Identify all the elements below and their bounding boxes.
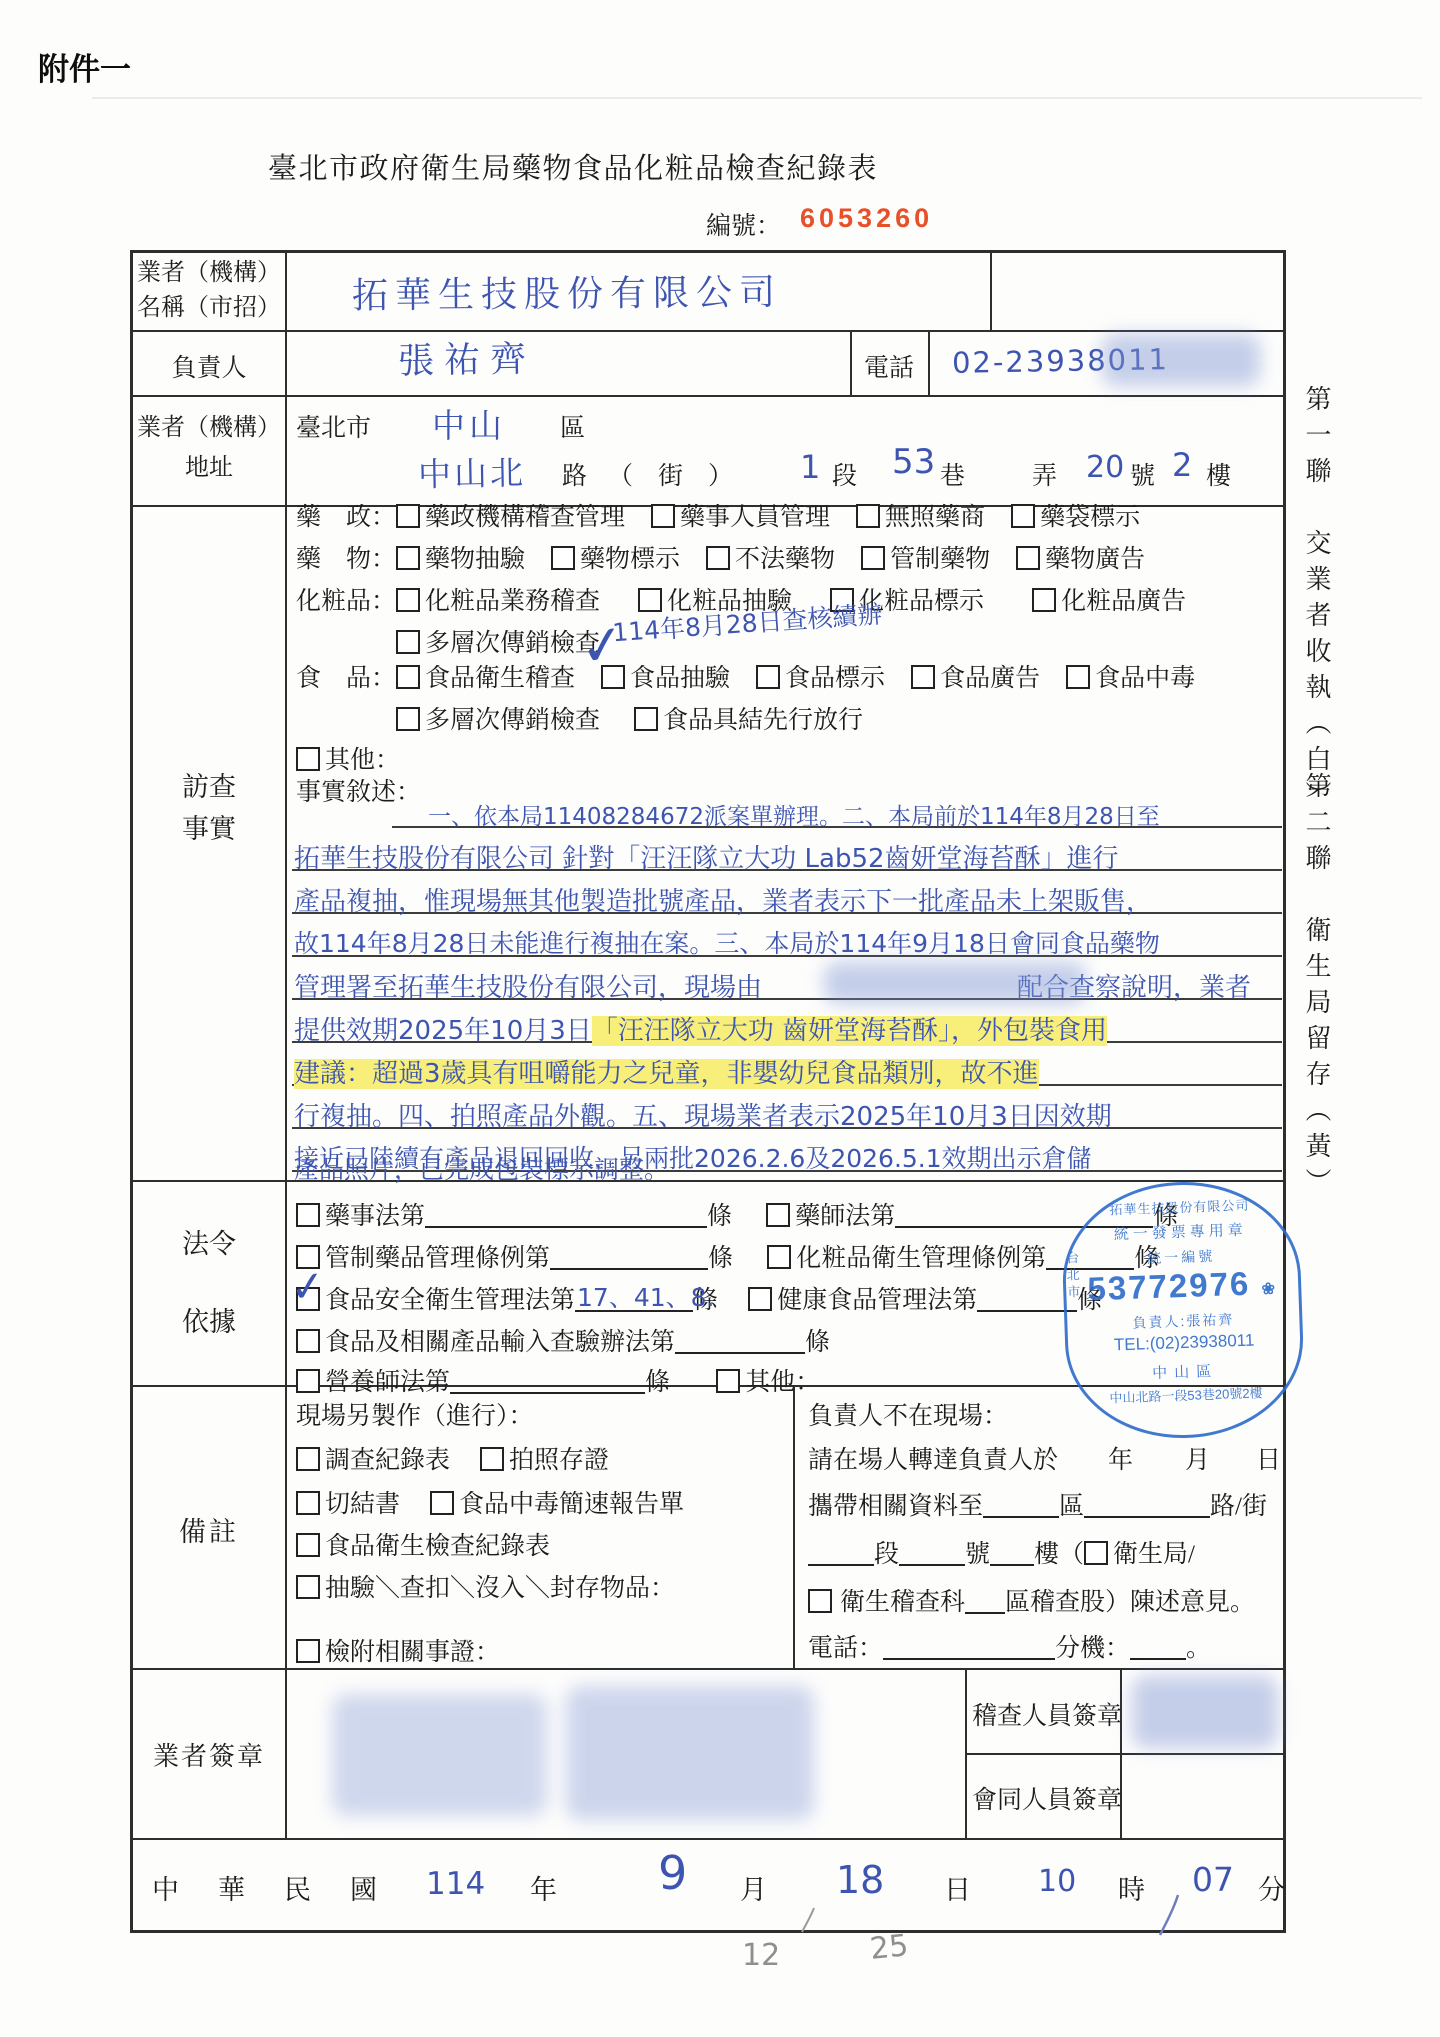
checkbox-label: 食品抽驗 [630,665,730,692]
law-row-3: 食品安全衛生管理法第17、41、8.條 健康食品管理法第條 [296,1280,1102,1316]
table-border [1283,250,1286,1933]
stamp-number: 53772976 [1087,1265,1251,1308]
static-text: 電話： [808,1635,883,1662]
checkbox [480,1447,504,1471]
remark-right-row4: 衛生稽查科區稽查股）陳述意見。 [808,1582,1255,1618]
flower-icon: ❀ [1261,1281,1277,1299]
blank-line [883,1632,1055,1660]
checkbox [296,1533,320,1557]
checkbox [1016,546,1040,570]
vendor-name-label: 業者（機構） 名稱（市招） [133,256,285,326]
stamp-uid-number: 53772976 ❀ [1066,1263,1299,1309]
law-label: 食品安全衛生管理法第 [325,1287,575,1314]
static-text: 衛生局/ [1113,1541,1195,1568]
address-floor-hw: 2 [1172,446,1192,484]
checkbox-item: 食品中毒 [1066,658,1195,694]
checkbox [430,1491,454,1515]
inspector-signature-label: 稽查人員簽章 [972,1696,1122,1732]
checkbox [1032,588,1056,612]
checkbox-label: 抽驗＼查扣＼沒入＼封存物品： [325,1575,675,1602]
category-label: 食 品： [296,665,396,692]
static-text: 分機： [1055,1635,1130,1662]
fact-line-2: 拓華生技股份有限公司 針對「汪汪隊立大功 Lab52齒妍堂海苔酥」進行 [294,838,1119,875]
table-border [285,250,287,1838]
stamp-city-vertical: 台北市 [1065,1251,1083,1303]
law-row-2: 管制藥品管理條例第條 化粧品衛生管理條例第條 [296,1238,1159,1274]
category-label: 藥 物： [296,546,396,573]
date-hour-hw: 10 [1038,1864,1076,1899]
checkbox-item: 食品衛生檢查紀錄表 [296,1526,550,1562]
checkbox [1066,665,1090,689]
checkbox-item: 調查紀錄表 [296,1440,450,1476]
checkbox [638,588,662,612]
address-number-unit: 號 [1130,456,1155,492]
law-label: 藥師法第 [795,1203,895,1230]
blank-line [550,1242,708,1270]
checkbox-item: 其他： [716,1362,820,1398]
checkbox-label: 多層次傳銷檢查 [425,630,600,657]
fact-line-6a: 提供效期2025年10月3日 [294,1016,592,1046]
checkbox [551,546,575,570]
phone-redaction [1102,334,1260,386]
address-lane-unit: 巷 [940,456,965,492]
date-year-hw: 114 [426,1866,485,1902]
checkbox [634,707,658,731]
fact-line-7-highlighted: 建議：超過3歲具有咀嚼能力之兒童，非嬰幼兒食品類別，故不進 [294,1059,1039,1089]
checkbox [706,546,730,570]
checkbox [396,665,420,689]
law-unit: 條 [707,1203,732,1230]
checkbox-label: 藥物標示 [580,546,680,573]
facts-label: 事實敘述： [296,772,421,808]
fact-line-8: 行複抽。四、拍照產品外觀。五、現場業者表示2025年10月3日因效期 [294,1096,1112,1133]
checkbox-item: 多層次傳銷檢查 [396,700,600,736]
checkbox-item: 化粧品廣告 [1032,581,1186,617]
remark-right-row3: 段號樓（衛生局/ [808,1534,1195,1570]
law-label: 食品及相關產品輸入查驗辦法第 [325,1329,675,1356]
phone-label: 電話 [850,348,928,384]
address-city: 臺北市 [296,408,371,444]
checkbox [1084,1541,1108,1565]
law-label: 管制藥品管理條例第 [325,1245,550,1272]
era-char: 民 [284,1868,311,1907]
checkbox-item: 拍照存證 [480,1440,609,1476]
vendor-name-value: 拓華生技股份有限公司 [352,264,782,319]
law-row-4: 食品及相關產品輸入查驗辦法第條 [296,1322,830,1358]
checkbox-item: 無照藥商 [856,497,985,533]
checkbox-label: 食品具結先行放行 [663,707,863,734]
remark-left-title: 現場另製作（進行）： [296,1396,534,1432]
fact-line-3: 產品複抽，惟現場無其他製造批號產品，業者表示下一批產品未上架販售， [294,881,1152,918]
laws-label-line2: 依據 [133,1300,285,1339]
checkbox [396,546,420,570]
blank-line [965,1586,1005,1614]
blank-line [1084,1490,1210,1518]
remark-right-row1: 請在場人轉達負責人於年月日 [808,1440,1281,1476]
checkbox-label: 化粧品業務稽查 [425,588,600,615]
visit-label-line1: 訪查 [133,766,285,808]
address-lane-hw: 53 [892,442,935,482]
stamp-street: 中山北路一段53巷20號2樓 [1070,1381,1303,1408]
checkbox [808,1589,832,1613]
address-road-hw: 中山北 [418,447,527,496]
checkbox-item: 藥政機構稽查管理 [396,497,625,533]
checkbox-item: 食品中毒簡速報告單 [430,1484,684,1520]
checkbox-item: 藥物抽驗 [396,539,525,575]
static-text: 號 [965,1541,990,1568]
checkbox [296,747,320,771]
vendor-signature-redaction [566,1686,814,1820]
checkbox-label: 藥事人員管理 [680,504,830,531]
law-label: 健康食品管理法第 [777,1287,977,1314]
scan-artifact-line [92,97,1422,99]
checkbox-item: 藥袋標示 [1011,497,1140,533]
checkbox [748,1287,772,1311]
static-text: 請在場人轉達負責人於 [808,1447,1058,1474]
static-text: 區稽查股）陳述意見。 [1005,1589,1255,1616]
blank-line [450,1366,645,1394]
fact-line-5: 管理署至拓華生技股份有限公司，現場由配合查察說明，業者 [294,967,1251,1004]
static-text: 年 [1108,1447,1133,1474]
address-label: 業者（機構） 地址 [133,408,285,488]
category-label: 化粧品： [296,588,396,615]
checkbox-item: 抽驗＼查扣＼沒入＼封存物品： [296,1568,675,1604]
stamp-invoice-line: 統一發票專用章 [1064,1217,1297,1246]
checkbox [856,504,880,528]
law-unit: 條 [805,1329,830,1356]
fact-line-1: 一、依本局11408284672派案單辦理。二、本局前於114年8月28日至 [428,798,1160,831]
vendor-signature-redaction [332,1694,547,1816]
checkbox [716,1369,740,1393]
checkbox-item: 藥物標示 [551,539,680,575]
address-district-unit: 區 [560,408,585,444]
address-label-line1: 業者（機構） [133,408,285,448]
checkbox-item: 藥物廣告 [1016,539,1145,575]
remark-left-row2: 切結書食品中毒簡速報告單 [296,1484,710,1520]
company-stamp: 拓華生技股份有限公司 統一發票專用章 統一編號 53772976 ❀ 負責人:張… [1060,1178,1307,1442]
checkbox-item: 不法藥物 [706,539,835,575]
checkbox-item: 多層次傳銷檢查 [396,623,600,659]
table-border [130,330,1285,332]
checkbox [861,546,885,570]
visit-label-line2: 事實 [133,808,285,850]
check-mark-food-sampling: ✓ [576,611,630,680]
scanned-form-page: 附件一 臺北市政府衛生局藥物食品化粧品檢查紀錄表 編號： 6053260 第一聯… [0,0,1440,2037]
inspector-signature-redaction [1132,1676,1278,1748]
checkbox-label: 食品標示 [785,665,885,692]
checkbox-item: 藥事人員管理 [651,497,830,533]
era-char: 華 [218,1868,245,1907]
law-row-1: 藥事法第條 藥師法第條 [296,1196,1178,1232]
blank-line [983,1490,1059,1518]
static-text: 路/街 [1210,1493,1267,1520]
serial-number: 6053260 [800,203,933,234]
law-unit: 條 [645,1369,670,1396]
pencil-note-a: 12 [742,1938,780,1973]
checkbox-label: 調查紀錄表 [325,1447,450,1474]
table-border [990,250,992,330]
date-day-hw: 18 [836,1858,884,1902]
address-district-hw: 中山 [432,400,506,447]
table-border [965,1668,967,1838]
blank-line [675,1326,805,1354]
static-text: 段 [874,1541,899,1568]
checkbox-item: 切結書 [296,1484,400,1520]
era-char: 中 [152,1868,179,1907]
checkbox [396,588,420,612]
checkbox-item-checked: 食品安全衛生管理法第 [296,1280,575,1316]
checkbox-label: 食品衛生檢查紀錄表 [325,1533,550,1560]
checkbox [651,504,675,528]
checkbox [396,707,420,731]
checkbox-label: 拍照存證 [509,1447,609,1474]
pen-stroke-mark [1158,1893,1184,1939]
checkbox [396,630,420,654]
date-minute-unit: 分 [1258,1868,1285,1907]
remark-right-title: 負責人不在現場： [808,1396,1008,1432]
checkbox-item: 健康食品管理法第 [748,1280,977,1316]
static-text: 衛生稽查科 [840,1589,965,1616]
remark-label: 備註 [133,1510,285,1549]
checkbox [296,1639,320,1663]
table-border [793,1385,795,1668]
fact-line-7: 建議：超過3歲具有咀嚼能力之兒童，非嬰幼兒食品類別，故不進 [294,1053,1039,1090]
attachment-label: 附件一 [38,44,131,89]
checkbox-label: 食品廣告 [940,665,1040,692]
table-border [130,1930,1285,1933]
checkbox-item: 藥事法第 [296,1196,425,1232]
checkbox-item: 管制藥物 [861,539,990,575]
checkbox [767,1245,791,1269]
checkbox [296,1491,320,1515]
checkbox-item: 化粧品業務稽查 [396,581,600,617]
remark-left-row4: 抽驗＼查扣＼沒入＼封存物品： [296,1568,701,1604]
checkbox-item: 食品衛生稽查 [396,658,575,694]
checkbox-item: 食品標示 [756,658,885,694]
checkbox-item: 食品具結先行放行 [634,700,863,736]
checkbox [296,1203,320,1227]
date-year-unit: 年 [530,1868,557,1907]
law-label: 化粧品衛生管理條例第 [796,1245,1046,1272]
checkbox [396,504,420,528]
laws-label-line1: 法令 [133,1222,285,1261]
pencil-note-b: 25 [868,1928,910,1967]
fact-line-6: 提供效期2025年10月3日「汪汪隊立大功 齒妍堂海苔酥」，外包裝食用 [294,1010,1107,1047]
checkbox-label: 化粧品廣告 [1061,588,1186,615]
checkbox [1011,504,1035,528]
category-row-pharma-admin: 藥 政：藥政機構稽查管理藥事人員管理無照藥商藥袋標示 [296,497,1166,533]
date-hour-unit: 時 [1118,1868,1145,1907]
checkbox [766,1203,790,1227]
remark-right-row2: 攜帶相關資料至區路/街 [808,1486,1267,1522]
date-minute-hw: 07 [1192,1860,1234,1899]
fact-line-4: 故114年8月28日未能進行複抽在案。三、本局於114年9月18日會同食品藥物 [294,924,1160,960]
checkbox [296,1575,320,1599]
blank-line: 17、41、8. [575,1284,693,1312]
law-row-5: 營養師法第條 其他： [296,1362,820,1398]
law-label: 其他： [745,1369,820,1396]
check-mark-food-safety-act: ✓ [288,1260,328,1312]
checkbox-label: 多層次傳銷檢查 [425,707,600,734]
address-section-unit: 段 [832,456,857,492]
table-border [130,250,133,1933]
date-month-unit: 月 [740,1868,767,1907]
checkbox-label: 檢附相關事證： [325,1639,500,1666]
checkbox [911,665,935,689]
remark-left-row1: 調查紀錄表拍照存證 [296,1440,635,1476]
pencil-tick-mark [800,1906,818,1936]
checkbox-item: 藥師法第 [766,1196,895,1232]
vendor-signature-label: 業者簽章 [133,1736,285,1773]
checkbox-label: 不法藥物 [735,546,835,573]
address-alley-unit: 弄 [1032,456,1057,492]
checkbox-label: 藥物抽驗 [425,546,525,573]
fact-line-6b-highlighted: 「汪汪隊立大功 齒妍堂海苔酥」，外包裝食用 [592,1016,1107,1046]
accompany-signature-label: 會同人員簽章 [972,1780,1122,1816]
static-text: 日 [1256,1447,1281,1474]
checkbox-label: 無照藥商 [885,504,985,531]
checkbox-item: 營養師法第 [296,1362,450,1398]
law-label: 藥事法第 [325,1203,425,1230]
checkbox-label: 藥袋標示 [1040,504,1140,531]
checkbox-label: 食品衛生稽查 [425,665,575,692]
law-articles-hw: 17、41、8. [577,1278,714,1314]
address-floor-unit: 樓 [1206,456,1231,492]
static-text: 攜帶相關資料至 [808,1493,983,1520]
category-label: 藥 政： [296,504,396,531]
table-border [130,1838,1285,1840]
static-text: 區 [1059,1493,1084,1520]
checkbox-label: 藥物廣告 [1045,546,1145,573]
principal-value: 張祐齊 [398,331,537,384]
category-row-food: 食 品：食品衛生稽查食品抽驗食品標示食品廣告食品中毒 [296,658,1221,694]
checkbox-label: 藥政機構稽查管理 [425,504,625,531]
principal-label: 負責人 [133,348,285,384]
address-section-hw: 1 [800,448,820,486]
law-label: 營養師法第 [325,1369,450,1396]
checkbox-item: 食品及相關產品輸入查驗辦法第 [296,1322,675,1358]
static-text: 月 [1185,1447,1210,1474]
remark-right-row5: 電話：分機：。 [808,1628,1211,1664]
fact-line-5a: 管理署至拓華生技股份有限公司，現場由 [294,973,762,1003]
table-border [928,330,930,395]
category-row-drugs: 藥 物：藥物抽驗藥物標示不法藥物管制藥物藥物廣告 [296,539,1171,575]
narrative-redaction [824,962,1086,1004]
visit-facts-label: 訪查 事實 [133,766,285,850]
blank-line [990,1538,1034,1566]
checkbox-label: 食品中毒簡速報告單 [459,1491,684,1518]
category-row-other: 其他： [296,740,426,776]
era-char: 國 [350,1868,377,1907]
checkbox-label: 其他： [325,747,400,774]
checkbox [756,665,780,689]
checkbox-label: 食品中毒 [1095,665,1195,692]
copy-note-second: 第二聯 衛生局留存（黃） [1298,772,1335,1204]
serial-label: 編號： [706,206,781,242]
checkbox-label: 切結書 [325,1491,400,1518]
address-number-hw: 20 [1086,450,1124,485]
page-title: 臺北市政府衛生局藥物食品化粧品檢查紀錄表 [268,146,878,187]
checkbox-item: 檢附相關事證： [296,1632,500,1668]
fact-line-10: 產品照片，已完成包裝標示調整。 [294,1150,669,1186]
checkbox-item: 其他： [296,740,400,776]
address-street-paren: （ 街 ） [608,456,733,492]
address-road-unit: 路 [562,456,587,492]
checkbox [296,1369,320,1393]
vendor-name-label-line1: 業者（機構） [133,256,285,291]
checkbox-label: 管制藥物 [890,546,990,573]
checkbox [296,1329,320,1353]
table-border [130,250,1285,253]
date-month-hw: 9 [658,1846,687,1900]
blank-line [899,1538,965,1566]
address-label-line2: 地址 [133,448,285,488]
checkbox [296,1447,320,1471]
date-day-unit: 日 [944,1868,971,1907]
remark-left-row3: 食品衛生檢查紀錄表 [296,1526,576,1562]
blank-line [1130,1632,1186,1660]
table-border [130,1668,1285,1670]
checkbox-item: 食品廣告 [911,658,1040,694]
static-text: 樓（ [1034,1541,1084,1568]
copy-note-first: 第一聯 交業者收執（白） [1298,385,1335,817]
law-unit: 條 [708,1245,733,1272]
remark-left-row5: 檢附相關事證： [296,1632,526,1668]
blank-line [808,1538,874,1566]
static-text: 。 [1186,1635,1211,1662]
vendor-name-label-line2: 名稱（市招） [133,291,285,326]
blank-line [425,1200,707,1228]
table-border [130,395,1285,397]
checkbox-item: 化粧品衛生管理條例第 [767,1238,1046,1274]
category-row-food-extra: 多層次傳銷檢查食品具結先行放行 [396,700,889,736]
checkbox-item: 管制藥品管理條例第 [296,1238,550,1274]
table-border [965,1753,1285,1755]
